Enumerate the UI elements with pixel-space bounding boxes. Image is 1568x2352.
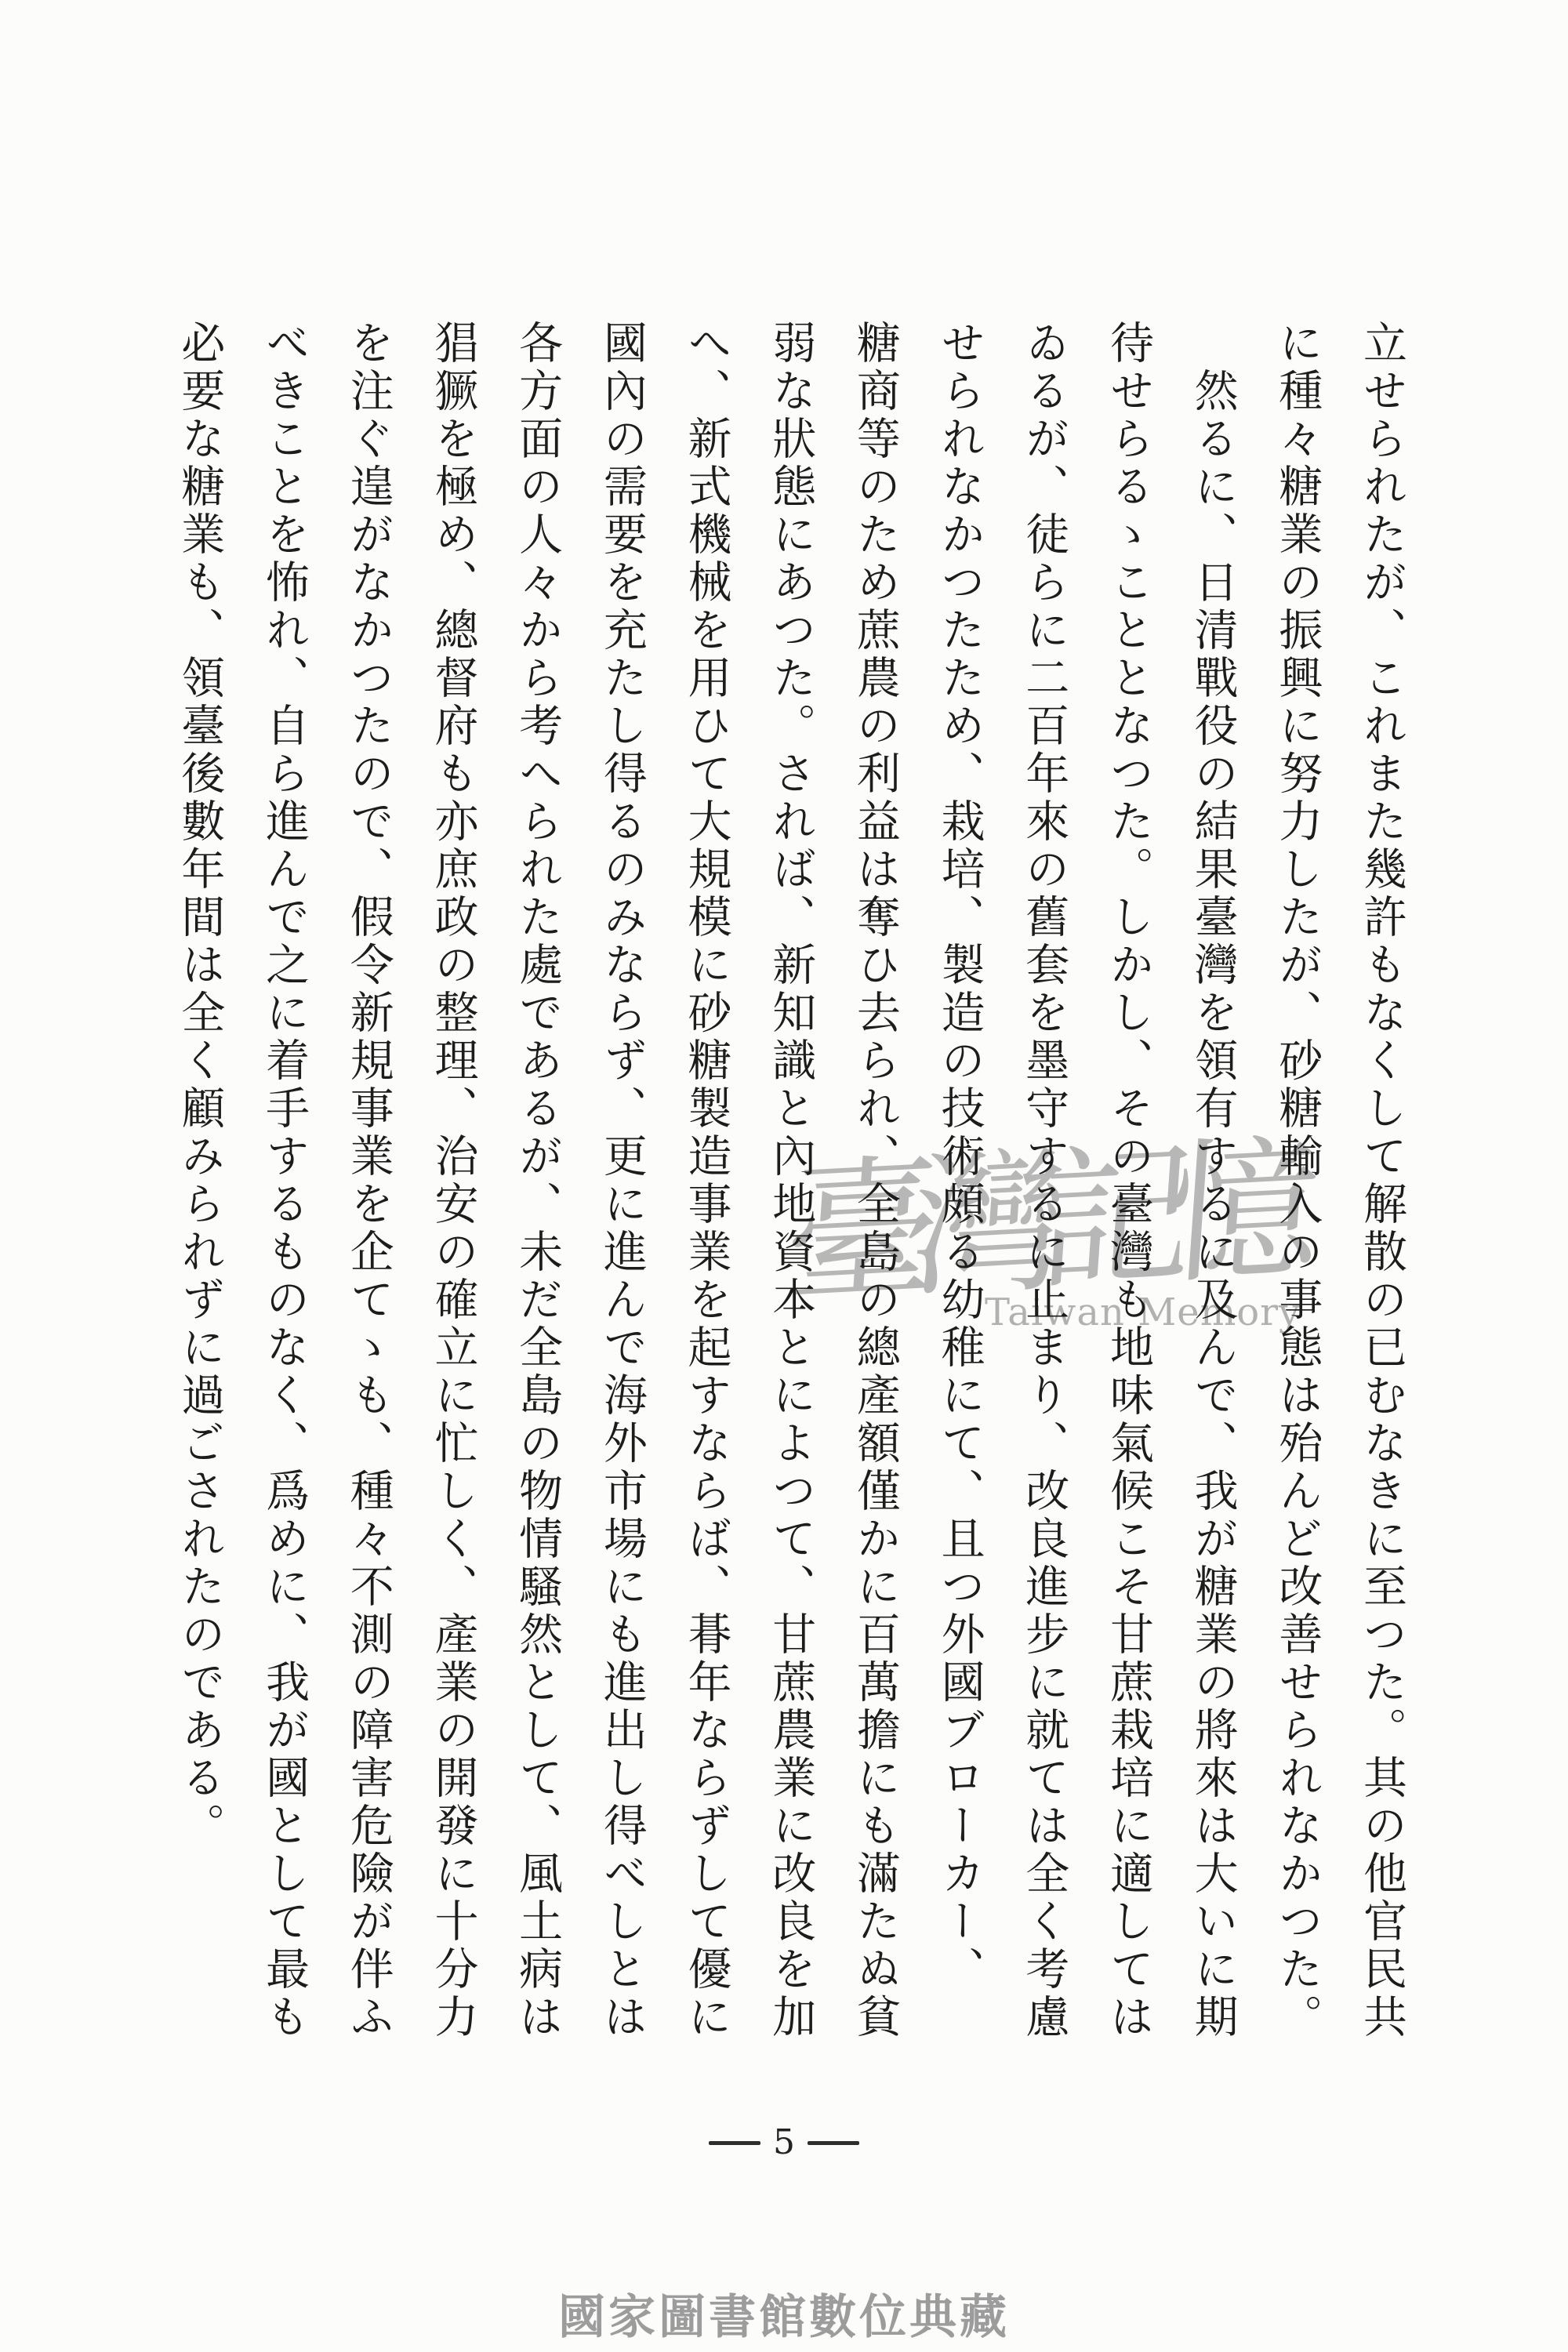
text-column-10: 國內の需要を充たし得るのみならず、更に進んで海外市場にも進出し得べしとは bbox=[579, 320, 664, 2132]
text-column-5: ゐるが、徒らに二百年來の舊套を墨守するに止まり、改良進步に就ては全く考慮 bbox=[1002, 320, 1087, 2132]
scanned-page: 臺灣記憶 Taiwan Memory 立せられたが、これまた幾許もなくして解散の… bbox=[0, 0, 1568, 2352]
text-column-1: 立せられたが、これまた幾許もなくして解散の已むなきに至つた。其の他官民共 bbox=[1339, 320, 1424, 2132]
text-column-3: 然るに、日清戰役の結果臺灣を領有するに及んで、我が糖業の將來は大いに期 bbox=[1171, 320, 1255, 2180]
page-number: 5 bbox=[773, 2125, 795, 2160]
text-column-2: に種々糖業の振興に努力したが、砂糖輸入の事態は殆んど改善せられなかつた。 bbox=[1255, 320, 1340, 2132]
archive-caption: 國家圖書館數位典藏 bbox=[0, 2280, 1568, 2347]
text-column-4: 待せらるゝこととなつた。しかし、その臺灣も地味氣候こそ甘蔗栽培に適しては bbox=[1086, 320, 1171, 2132]
text-column-8: 弱な狀態にあつた。されば、新知識と內地資本とによつて、甘蔗農業に改良を加 bbox=[749, 320, 833, 2132]
text-column-7: 糖商等のため蔗農の利益は奪ひ去られ、全島の總產額僅かに百萬擔にも滿たぬ貧 bbox=[833, 320, 917, 2132]
text-column-6: せられなかつたため、栽培、製造の技術頗る幼稚にて、且つ外國ブローカー、 bbox=[917, 320, 1002, 2132]
text-column-15: 必要な糖業も、領臺後數年間は全く顧みられずに過ごされたのである。 bbox=[158, 320, 242, 2132]
body-text-columns: 立せられたが、これまた幾許もなくして解散の已むなきに至つた。其の他官民共に種々糖… bbox=[157, 320, 1424, 2132]
footer-dash-left bbox=[709, 2141, 760, 2145]
footer-dash-right bbox=[808, 2141, 859, 2145]
text-column-14: べきことを怖れ、自ら進んで之に着手するものなく、爲めに、我が國として最も bbox=[241, 320, 326, 2132]
page-footer: 5 bbox=[0, 2123, 1568, 2162]
text-column-11: 各方面の人々から考へられた處であるが、未だ全島の物情騷然として、風土病は bbox=[495, 320, 579, 2132]
text-column-13: を注ぐ遑がなかつたので、假令新規事業を企てゝも、種々不測の障害危險が伴ふ bbox=[326, 320, 411, 2132]
text-column-9: へ、新式機械を用ひて大規模に砂糖製造事業を起すならば、朞年ならずして優に bbox=[664, 320, 749, 2132]
text-column-12: 猖獗を極め、總督府も亦庶政の整理、治安の確立に忙しく、產業の開發に十分力 bbox=[411, 320, 495, 2132]
